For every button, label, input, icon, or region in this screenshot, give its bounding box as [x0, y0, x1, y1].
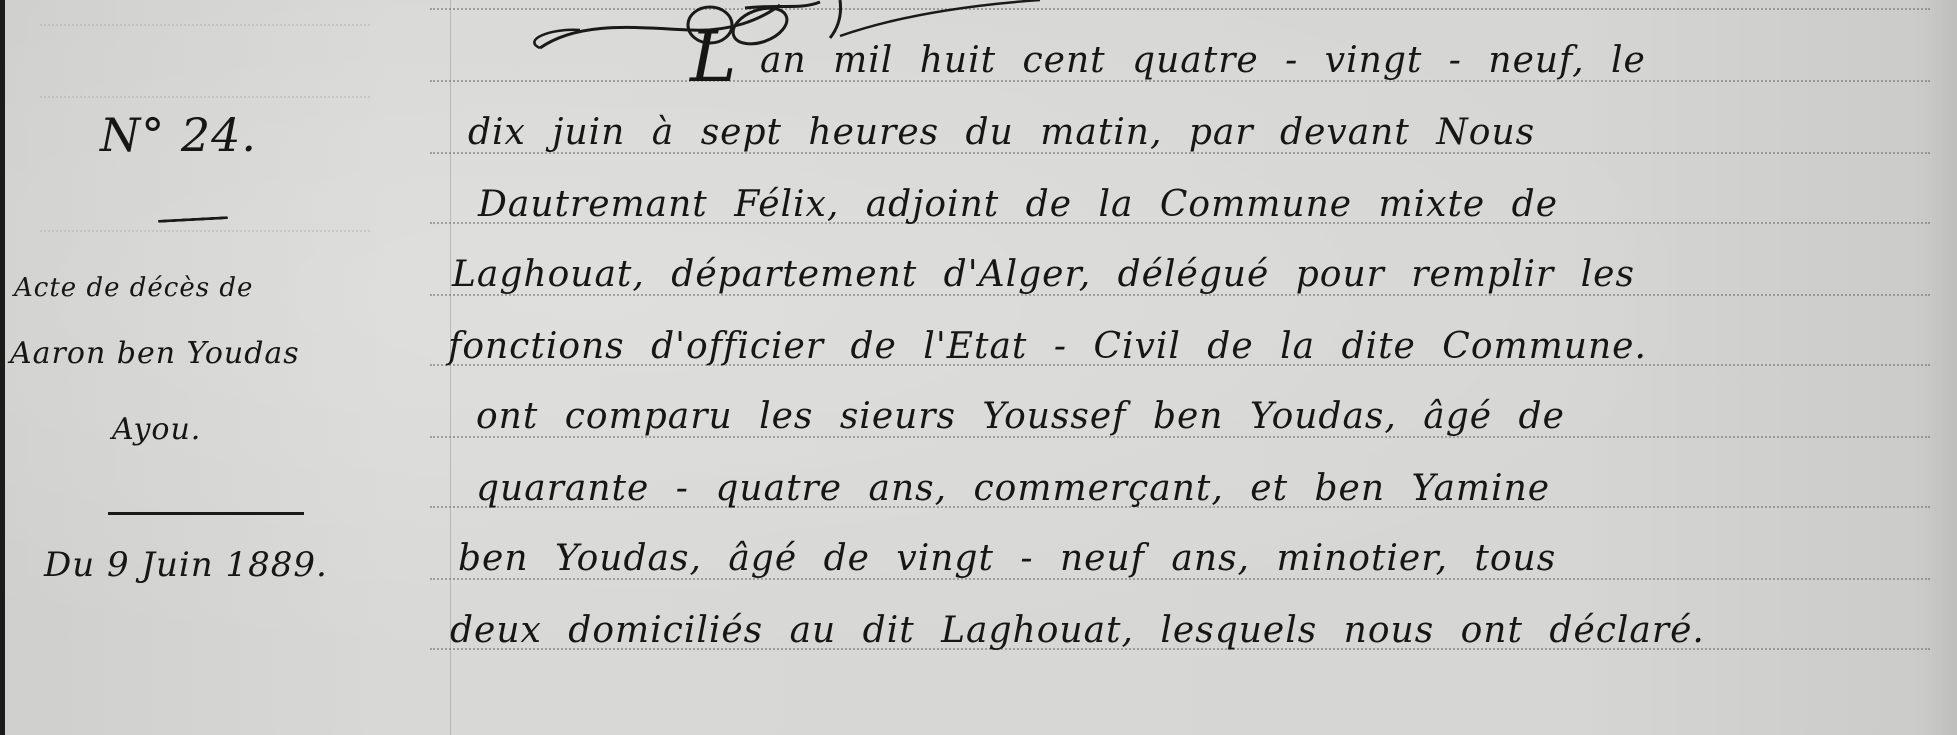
body-line-8: ben Youdas, âgé de vingt - neuf ans, min…: [458, 538, 1556, 579]
binding-edge: [0, 0, 5, 735]
register-page: N° 24. Acte de décès de Aaron ben Youdas…: [0, 0, 1957, 735]
decorated-initial: L: [690, 22, 737, 92]
body-line-4: Laghouat, département d'Alger, délégué p…: [452, 254, 1635, 295]
margin-faint-rule: [40, 230, 370, 232]
margin-faint-rule: [40, 24, 370, 26]
body-line-1: an mil huit cent quatre - vingt - neuf, …: [760, 40, 1646, 81]
body-line-7: quarante - quatre ans, commerçant, et be…: [476, 468, 1550, 509]
body-line-9: deux domiciliés au dit Laghouat, lesquel…: [450, 610, 1705, 651]
body-line-3: Dautremant Félix, adjoint de la Commune …: [478, 184, 1558, 225]
margin-separator: [108, 512, 304, 515]
margin-faint-rule: [40, 96, 370, 98]
entry-number: N° 24.: [100, 108, 257, 162]
record-date: Du 9 Juin 1889.: [44, 545, 328, 585]
body-line-5: fonctions d'officier de l'Etat - Civil d…: [448, 326, 1647, 367]
deceased-name: Aaron ben Youdas: [10, 336, 300, 371]
deceased-name-continued: Ayou.: [112, 412, 201, 447]
margin-dash: [158, 216, 228, 223]
body-line-6: ont comparu les sieurs Youssef ben Youda…: [476, 396, 1565, 437]
record-title: Acte de décès de: [14, 273, 253, 303]
page-edge-shadow: [1917, 0, 1957, 735]
body-line-2: dix juin à sept heures du matin, par dev…: [468, 112, 1535, 153]
